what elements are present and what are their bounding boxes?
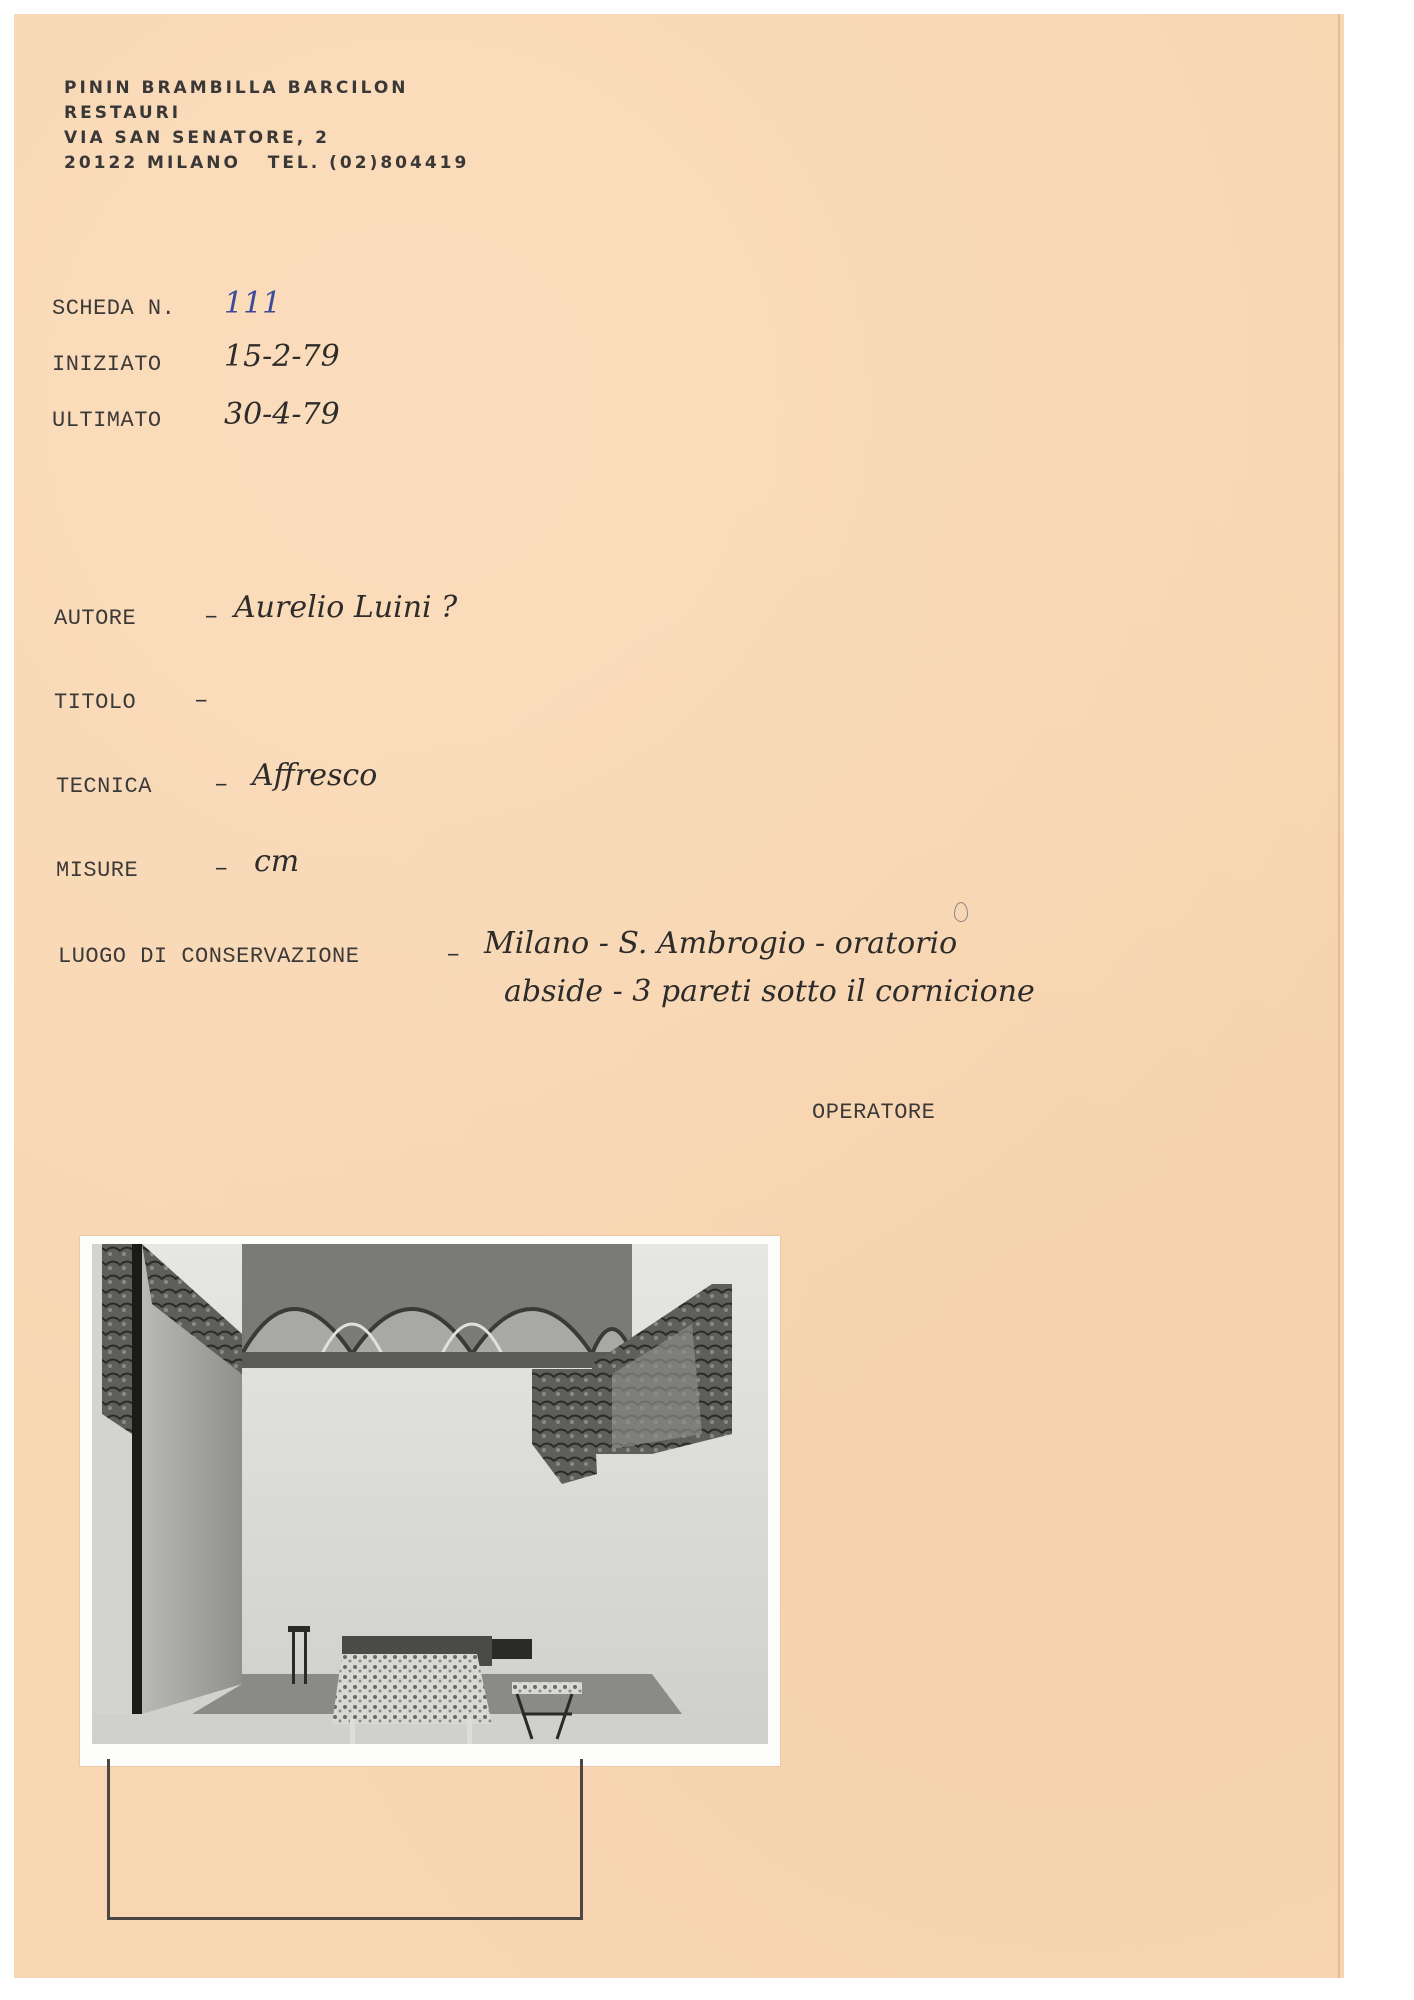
titolo-label: TITOLO bbox=[54, 690, 136, 715]
autore-label: AUTORE bbox=[54, 606, 136, 631]
tecnica-value: Affresco bbox=[252, 758, 377, 793]
misure-label: MISURE bbox=[56, 858, 138, 883]
autore-dash: – bbox=[204, 604, 218, 631]
pencil-annotation-mark bbox=[954, 902, 968, 922]
iniziato-value: 15-2-79 bbox=[224, 339, 340, 374]
titolo-dash: – bbox=[194, 688, 208, 715]
luogo-dash: – bbox=[446, 942, 460, 969]
empty-notes-box bbox=[107, 1759, 583, 1920]
photo-oratory-interior bbox=[92, 1244, 768, 1744]
tecnica-dash: – bbox=[214, 772, 228, 799]
luogo-label: LUOGO DI CONSERVAZIONE bbox=[58, 944, 359, 969]
letterhead-city-phone: 20122 MILANO TEL. (02)804419 bbox=[64, 151, 469, 176]
luogo-line2: abside - 3 pareti sotto il cornicione bbox=[504, 974, 1035, 1009]
misure-dash: – bbox=[214, 856, 228, 883]
tecnica-label: TECNICA bbox=[56, 774, 152, 799]
ultimato-value: 30-4-79 bbox=[224, 397, 340, 432]
letterhead: PININ BRAMBILLA BARCILON RESTAURI VIA SA… bbox=[64, 76, 469, 176]
attached-photograph bbox=[80, 1236, 780, 1766]
letterhead-address: VIA SAN SENATORE, 2 bbox=[64, 126, 469, 151]
record-card: PININ BRAMBILLA BARCILON RESTAURI VIA SA… bbox=[14, 14, 1344, 1978]
iniziato-label: INIZIATO bbox=[52, 352, 162, 377]
scheda-label: SCHEDA N. bbox=[52, 296, 175, 321]
operatore-label: OPERATORE bbox=[812, 1100, 935, 1125]
letterhead-business: RESTAURI bbox=[64, 101, 469, 126]
luogo-line1: Milano - S. Ambrogio - oratorio bbox=[484, 926, 957, 961]
ultimato-label: ULTIMATO bbox=[52, 408, 162, 433]
autore-value: Aurelio Luini ? bbox=[234, 590, 457, 625]
scheda-value: 111 bbox=[224, 286, 281, 321]
misure-value: cm bbox=[254, 844, 299, 879]
letterhead-name: PININ BRAMBILLA BARCILON bbox=[64, 76, 469, 101]
